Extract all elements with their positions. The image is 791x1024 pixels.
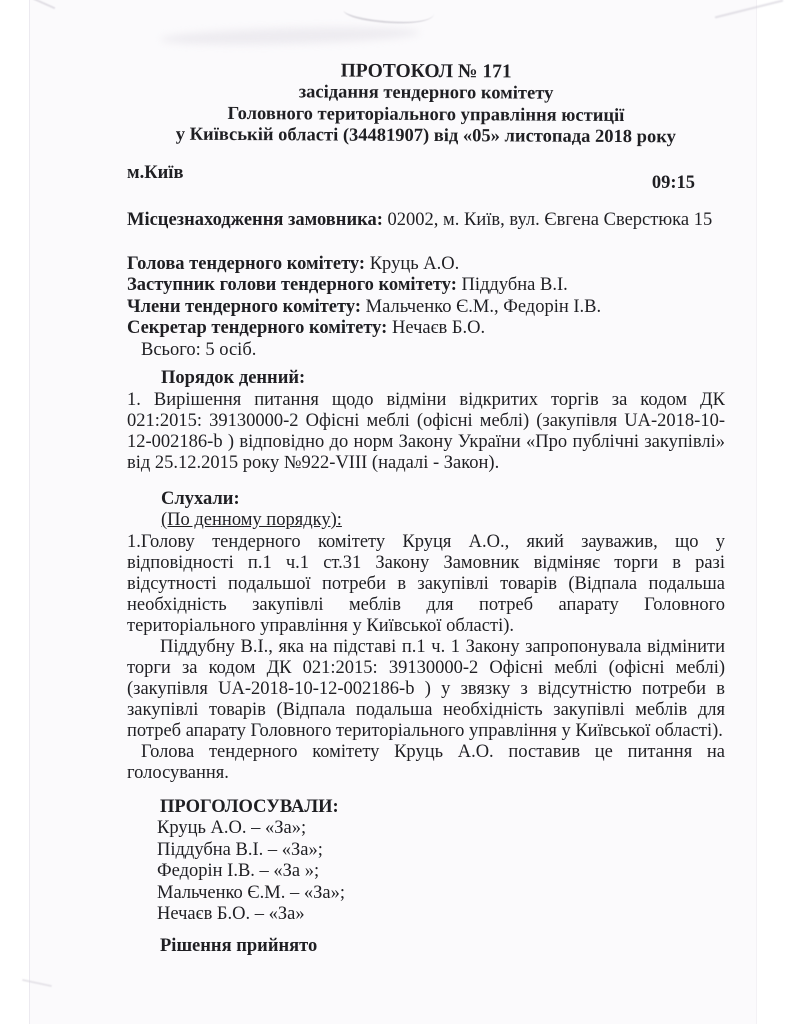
document-subtitle-2: Головного територіального управління юст… xyxy=(127,103,725,128)
customer-location-value: 02002, м. Київ, вул. Євгена Сверстюка 15 xyxy=(383,210,712,230)
document-header: ПРОТОКОЛ № 171 засідання тендерного комі… xyxy=(127,59,725,149)
hearing-paragraph-1: 1.Голову тендерного комітету Круця А.О.,… xyxy=(127,532,725,637)
vote-line-malchenko: Мальченко Є.М. – «За»; xyxy=(127,883,725,905)
committee-deputy-line: Заступник голови тендерного комітету: Пі… xyxy=(127,275,725,297)
vote-line-kruts: Круць А.О. – «За»; xyxy=(127,818,725,840)
document-subtitle-3: у Київській області (34481907) від «05» … xyxy=(127,124,725,149)
committee-secretary-label: Секретар тендерного комітету: xyxy=(127,318,387,338)
document-content: ПРОТОКОЛ № 171 засідання тендерного комі… xyxy=(127,61,725,957)
committee-deputy-value: Піддубна В.І. xyxy=(457,275,568,295)
customer-location-line: Місцезнаходження замовника: 02002, м. Ки… xyxy=(127,210,725,232)
committee-members-block: Голова тендерного комітету: Круць А.О. З… xyxy=(127,254,725,362)
committee-members-value: Мальченко Є.М., Федорін І.В. xyxy=(361,297,601,317)
city-label: м.Київ xyxy=(127,163,183,185)
document-subtitle-1: засідання тендерного комітету xyxy=(127,81,725,106)
vote-line-piddubna: Піддубна В.І. – «За»; xyxy=(127,840,725,862)
hearing-heading: Слухали: xyxy=(127,489,725,511)
committee-members-line: Члени тендерного комітету: Мальченко Є.М… xyxy=(127,297,725,319)
agenda-item-1: 1. Вирішення питання щодо відміни відкри… xyxy=(127,390,725,474)
committee-head-value: Круць А.О. xyxy=(365,254,459,274)
customer-location-label: Місцезнаходження замовника: xyxy=(127,210,383,230)
committee-members-label: Члени тендерного комітету: xyxy=(127,297,361,317)
time-label: 09:15 xyxy=(652,173,695,195)
document-title: ПРОТОКОЛ № 171 xyxy=(127,59,725,84)
voting-heading: ПРОГОЛОСУВАЛИ: xyxy=(127,797,725,819)
scanned-document-page: ПРОТОКОЛ № 171 засідання тендерного комі… xyxy=(0,0,791,1024)
city-time-row: м.Київ 09:15 xyxy=(127,163,725,195)
hearing-subheading: (По денному порядку): xyxy=(127,510,725,532)
voting-list: Круць А.О. – «За»; Піддубна В.І. – «За»;… xyxy=(127,818,725,926)
vote-line-nechaiev: Нечаєв Б.О. – «За» xyxy=(127,904,725,926)
agenda-heading: Порядок денний: xyxy=(127,368,725,390)
committee-secretary-line: Секретар тендерного комітету: Нечаєв Б.О… xyxy=(127,318,725,340)
committee-deputy-label: Заступник голови тендерного комітету: xyxy=(127,275,457,295)
committee-head-line: Голова тендерного комітету: Круць А.О. xyxy=(127,254,725,276)
hearing-paragraph-3: Голова тендерного комітету Круць А.О. по… xyxy=(127,742,725,784)
hearing-paragraph-2: Піддубну В.І., яка на підставі п.1 ч. 1 … xyxy=(127,637,725,742)
committee-total-line: Всього: 5 осіб. xyxy=(127,340,725,362)
vote-line-fedorin: Федорін І.В. – «За »; xyxy=(127,861,725,883)
committee-secretary-value: Нечаєв Б.О. xyxy=(387,318,485,338)
committee-head-label: Голова тендерного комітету: xyxy=(127,254,365,274)
decision-line: Рішення прийнято xyxy=(127,936,725,958)
